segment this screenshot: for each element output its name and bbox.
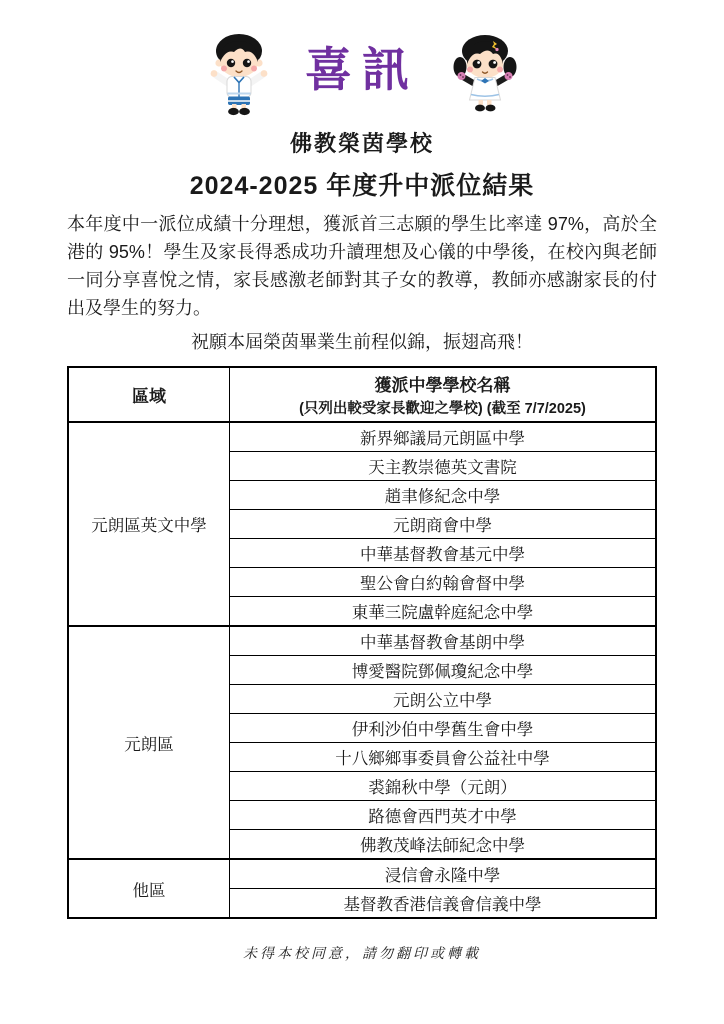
school-header-line1: 獲派中學學校名稱 [375, 376, 511, 395]
table-row: 他區浸信會永隆中學 [68, 859, 656, 889]
content-area: 本年度中一派位成績十分理想，獲派首三志願的學生比率達 97%，高於全港的 95%… [0, 210, 724, 963]
region-cell: 他區 [68, 859, 230, 918]
school-cell: 路德會西門英才中學 [230, 801, 657, 830]
boy-student-mascot-icon [201, 30, 277, 123]
school-cell: 新界鄉議局元朗區中學 [230, 422, 657, 452]
school-name: 佛教榮茵學校 [0, 127, 724, 158]
banner-title: 喜訊 [305, 46, 419, 93]
school-cell: 中華基督教會基元中學 [230, 539, 657, 568]
school-cell: 東華三院盧幹庭紀念中學 [230, 597, 657, 627]
school-cell: 元朗公立中學 [230, 685, 657, 714]
school-cell: 聖公會白約翰會督中學 [230, 568, 657, 597]
school-cell: 元朗商會中學 [230, 510, 657, 539]
footer-note: 未得本校同意，請勿翻印或轉載 [67, 943, 657, 963]
school-cell: 十八鄉鄉事委員會公益社中學 [230, 743, 657, 772]
page-subtitle: 2024-2025 年度升中派位結果 [0, 166, 724, 202]
school-cell: 趙聿修紀念中學 [230, 481, 657, 510]
region-header-cell: 區域 [68, 367, 230, 422]
school-cell: 中華基督教會基朗中學 [230, 626, 657, 656]
banner: 喜訊 [0, 0, 724, 123]
placement-table: 區域 獲派中學學校名稱 (只列出較受家長歡迎之學校) (截至 7/7/2025)… [67, 366, 657, 919]
table-header-row: 區域 獲派中學學校名稱 (只列出較受家長歡迎之學校) (截至 7/7/2025) [68, 367, 656, 422]
table-row: 元朗區中華基督教會基朗中學 [68, 626, 656, 656]
document-page: 喜訊 [0, 0, 724, 1024]
school-cell: 伊利沙伯中學舊生會中學 [230, 714, 657, 743]
table-row: 元朗區英文中學新界鄉議局元朗區中學 [68, 422, 656, 452]
school-cell: 裘錦秋中學（元朗） [230, 772, 657, 801]
school-cell: 佛教茂峰法師紀念中學 [230, 830, 657, 860]
intro-paragraph: 本年度中一派位成績十分理想，獲派首三志願的學生比率達 97%，高於全港的 95%… [67, 210, 657, 322]
school-cell: 浸信會永隆中學 [230, 859, 657, 889]
school-header-line2: (只列出較受家長歡迎之學校) (截至 7/7/2025) [232, 397, 653, 418]
wish-line: 祝願本屆榮茵畢業生前程似錦，振翅高飛！ [67, 328, 657, 354]
girl-student-mascot-icon [447, 31, 523, 122]
school-cell: 天主教崇德英文書院 [230, 452, 657, 481]
region-cell: 元朗區 [68, 626, 230, 859]
school-cell: 博愛醫院鄧佩瓊紀念中學 [230, 656, 657, 685]
region-cell: 元朗區英文中學 [68, 422, 230, 626]
school-cell: 基督教香港信義會信義中學 [230, 889, 657, 919]
school-header-cell: 獲派中學學校名稱 (只列出較受家長歡迎之學校) (截至 7/7/2025) [230, 367, 657, 422]
